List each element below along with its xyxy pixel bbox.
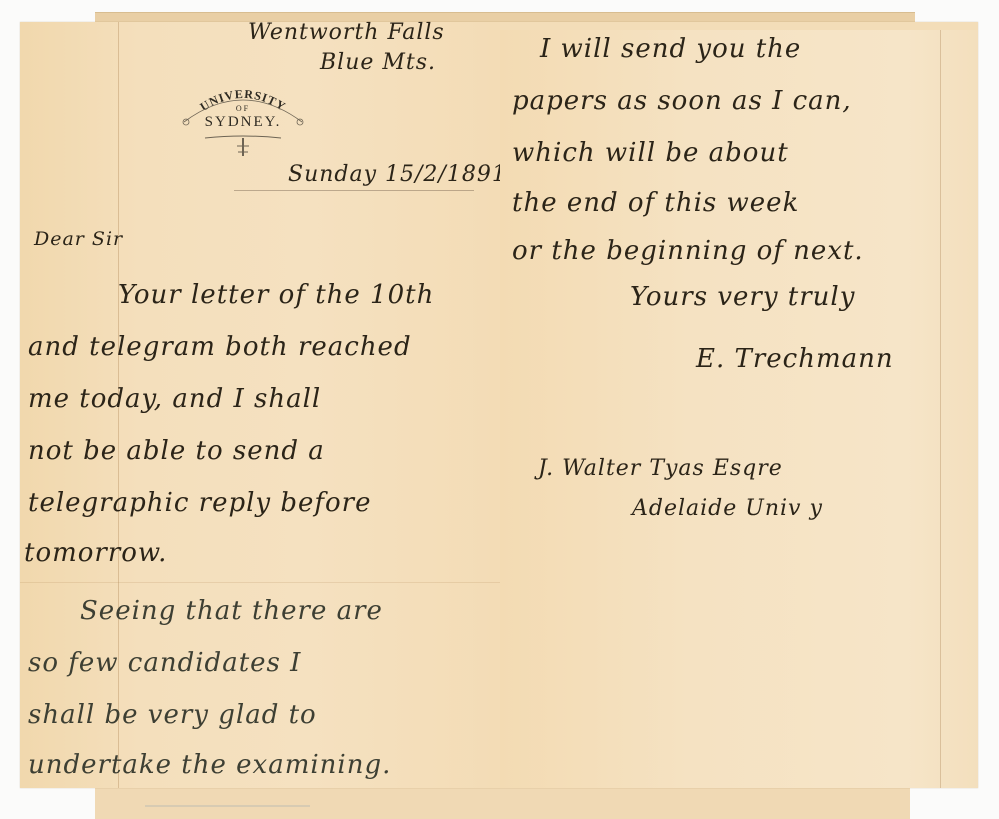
letter-right-page: I will send you the papers as soon as I … — [500, 30, 978, 788]
fold-crease — [20, 582, 500, 583]
body-line: papers as soon as I can, — [512, 86, 852, 116]
body-line: or the beginning of next. — [512, 236, 864, 266]
body-line: which will be about — [512, 138, 789, 168]
body-line: Seeing that there are — [80, 596, 383, 626]
body-line: Your letter of the 10th — [118, 280, 434, 310]
body-line: tomorrow. — [24, 538, 167, 568]
letterhead-of: OF — [178, 104, 308, 113]
date-rule — [234, 190, 474, 191]
body-line: and telegram both reached — [28, 332, 412, 362]
salutation: Dear Sir — [34, 228, 123, 250]
letter-sheet: Wentworth Falls Blue Mts. UNIVERSITY OF … — [20, 22, 978, 788]
closing: Yours very truly — [630, 282, 855, 312]
address-line-2: Blue Mts. — [320, 50, 436, 75]
university-letterhead: UNIVERSITY OF SYDNEY. — [178, 72, 308, 160]
fold-crease — [940, 30, 941, 788]
signature: E. Trechmann — [696, 344, 894, 374]
letter-left-page: Wentworth Falls Blue Mts. UNIVERSITY OF … — [20, 22, 500, 788]
body-line: shall be very glad to — [28, 700, 317, 730]
letterhead-sydney: SYDNEY. — [178, 114, 308, 131]
body-line: I will send you the — [540, 34, 801, 64]
ruled-line — [145, 805, 310, 807]
address-line-1: Wentworth Falls — [248, 20, 445, 45]
recipient-line-2: Adelaide Univ y — [632, 496, 823, 521]
body-line: undertake the examining. — [28, 750, 391, 780]
body-line: the end of this week — [512, 188, 799, 218]
back-sheet-bottom-edge — [95, 787, 910, 819]
body-line: me today, and I shall — [28, 384, 321, 414]
recipient-line-1: J. Walter Tyas Esqre — [538, 456, 783, 481]
body-line: so few candidates I — [28, 648, 301, 678]
body-line: not be able to send a — [28, 436, 325, 466]
body-line: telegraphic reply before — [28, 488, 372, 518]
letterhead-ornament-icon — [203, 134, 283, 158]
letter-date: Sunday 15/2/1891 — [288, 162, 507, 187]
